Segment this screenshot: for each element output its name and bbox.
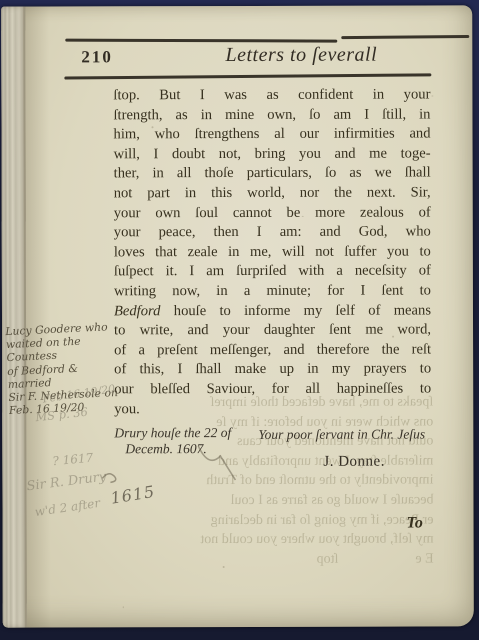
letter-body-line: your peace, then I am: and God, who bbox=[114, 223, 431, 243]
letter-body-line: to write, and your daughter ſent me word… bbox=[114, 321, 431, 341]
letter-dateline: Drury houſe the 22 of Decemb. 1607. bbox=[114, 425, 231, 456]
letter-body-line: your own ſoul cannot be more zealous of bbox=[114, 203, 431, 223]
letter-body-line: of a preſent meſſenger, and therefore th… bbox=[114, 340, 431, 360]
letter-body-line: ſtop. But I was as confident in your bbox=[113, 85, 430, 105]
letter-body-line: loves that zeale in me, will not ſuffer … bbox=[114, 242, 431, 262]
letter-body-line: will, I doubt not, bring you and me toge… bbox=[114, 144, 431, 164]
letter-body-line: ſuſpect it. I am ſurpriſed with a neceſs… bbox=[114, 262, 431, 282]
letter-body-line: our bleſſed Saviour, for all happineſſes… bbox=[114, 379, 431, 399]
showthrough-line: E e ſtop bbox=[115, 549, 434, 569]
letter-body-line: writing now, in a minute; for I ſent to bbox=[114, 281, 431, 301]
letter-signature: J. Donne. bbox=[323, 454, 385, 471]
letter-body-text: ſtop. But I was as confident in yourſtre… bbox=[113, 85, 431, 419]
dateline-line1: Drury houſe the 22 of bbox=[114, 425, 231, 441]
letter-body-line: ſtrength, as in mine own, ſo am I ſtill,… bbox=[113, 105, 430, 125]
book-page: 210 Letters to ſeverall ſpeaks to me, ha… bbox=[1, 5, 474, 627]
head-rule-right bbox=[341, 35, 469, 39]
pencil-date-correction: 1615 bbox=[109, 482, 156, 508]
catchword: To bbox=[407, 515, 423, 533]
showthrough-line: er Peace, if my going ſo far in declarin… bbox=[115, 510, 434, 530]
dateline-line2: Decemb. 1607. bbox=[125, 441, 231, 457]
letter-body-line: of this, I ſhall make up in my prayers t… bbox=[114, 360, 431, 380]
letter-body-line: him, who ſtrengthens al our infirmities … bbox=[113, 125, 430, 145]
showthrough-line: improvidently to the utmoſt end of Truth bbox=[114, 471, 433, 491]
letter-valediction: Your poor ſervant in Chr. Jeſus bbox=[258, 427, 425, 443]
header-underline-rule bbox=[64, 73, 431, 79]
head-rule-left bbox=[65, 39, 337, 42]
letter-body-line: ther, in all thoſe particulars, ſo as we… bbox=[114, 164, 431, 184]
letter-body-line: not part in this world, nor the next. Si… bbox=[114, 183, 431, 203]
gutter-shadow bbox=[23, 6, 51, 627]
faint-pencil-note-3: ? 1617 bbox=[52, 451, 94, 469]
showthrough-line: becauſe I would go as farre as I coul bbox=[114, 490, 433, 510]
running-title: Letters to ſeverall bbox=[191, 44, 411, 68]
scanned-book-photo: { "page": { "number": "210", "running_ti… bbox=[0, 0, 479, 640]
letter-body-line: Bedford houſe to informe my ſelf of mean… bbox=[114, 301, 431, 321]
handwritten-margin-note: Lucy Goodere whowaited on the Countessof… bbox=[5, 320, 123, 418]
page-number: 210 bbox=[81, 47, 113, 67]
letter-body-line: you. bbox=[114, 399, 431, 419]
showthrough-line: my ſelf, brought you where you could not bbox=[115, 530, 434, 550]
